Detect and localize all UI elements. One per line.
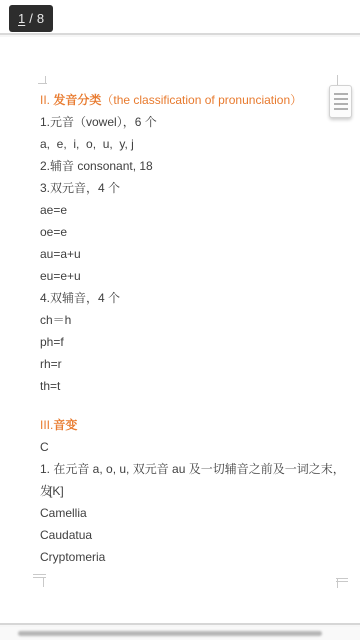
doc-line: 1.元音（vowel），6 个 xyxy=(40,111,348,133)
current-page-number: 1 xyxy=(18,11,25,26)
doc-line: 1. 在元音 a, o, u, 双元音 au 及一切辅音之前及一词之末，发 xyxy=(40,458,348,480)
doc-line: [K] xyxy=(40,480,348,502)
doc-line: ch＝h xyxy=(40,309,348,331)
drag-handle-lines-icon xyxy=(334,108,348,110)
page-indicator-badge[interactable]: 1 / 8 xyxy=(9,5,53,32)
table-corner-mark xyxy=(43,577,44,587)
doc-line: eu=e+u xyxy=(40,265,348,287)
table-corner-mark xyxy=(33,577,46,578)
table-corner-mark xyxy=(33,574,46,575)
page-bottom-shadow xyxy=(18,631,322,636)
section-heading-iii: III.音变 xyxy=(40,414,348,436)
doc-line: Caudatua xyxy=(40,524,348,546)
doc-line: Cryptomeria xyxy=(40,546,348,568)
top-bar xyxy=(0,0,360,35)
doc-line: 4.双辅音，4 个 xyxy=(40,287,348,309)
page-separator: / xyxy=(29,11,33,26)
document-content: II. 发音分类（the classification of pronuncia… xyxy=(40,37,348,568)
table-corner-mark xyxy=(337,578,338,588)
section-heading-ii: II. 发音分类（the classification of pronuncia… xyxy=(40,89,348,111)
section-gap xyxy=(40,397,348,414)
doc-line: rh=r xyxy=(40,353,348,375)
doc-line: 2.辅音 consonant, 18 xyxy=(40,155,348,177)
doc-line: ae=e xyxy=(40,199,348,221)
doc-line: a, e, i, o, u, y, j xyxy=(40,133,348,155)
drag-handle-lines-icon xyxy=(334,98,348,100)
scroll-drag-handle[interactable] xyxy=(329,85,352,118)
doc-line: oe=e xyxy=(40,221,348,243)
doc-line: th=t xyxy=(40,375,348,397)
doc-line: 3.双元音，4 个 xyxy=(40,177,348,199)
drag-handle-lines-icon xyxy=(334,103,348,105)
doc-line: Camellia xyxy=(40,502,348,524)
viewer-screen: 1 / 8 II. 发音分类（the classification of pro… xyxy=(0,0,360,640)
doc-line: ph=f xyxy=(40,331,348,353)
doc-line: C xyxy=(40,436,348,458)
doc-line: au=a+u xyxy=(40,243,348,265)
total-pages-number: 8 xyxy=(37,11,44,26)
drag-handle-lines-icon xyxy=(334,93,348,95)
